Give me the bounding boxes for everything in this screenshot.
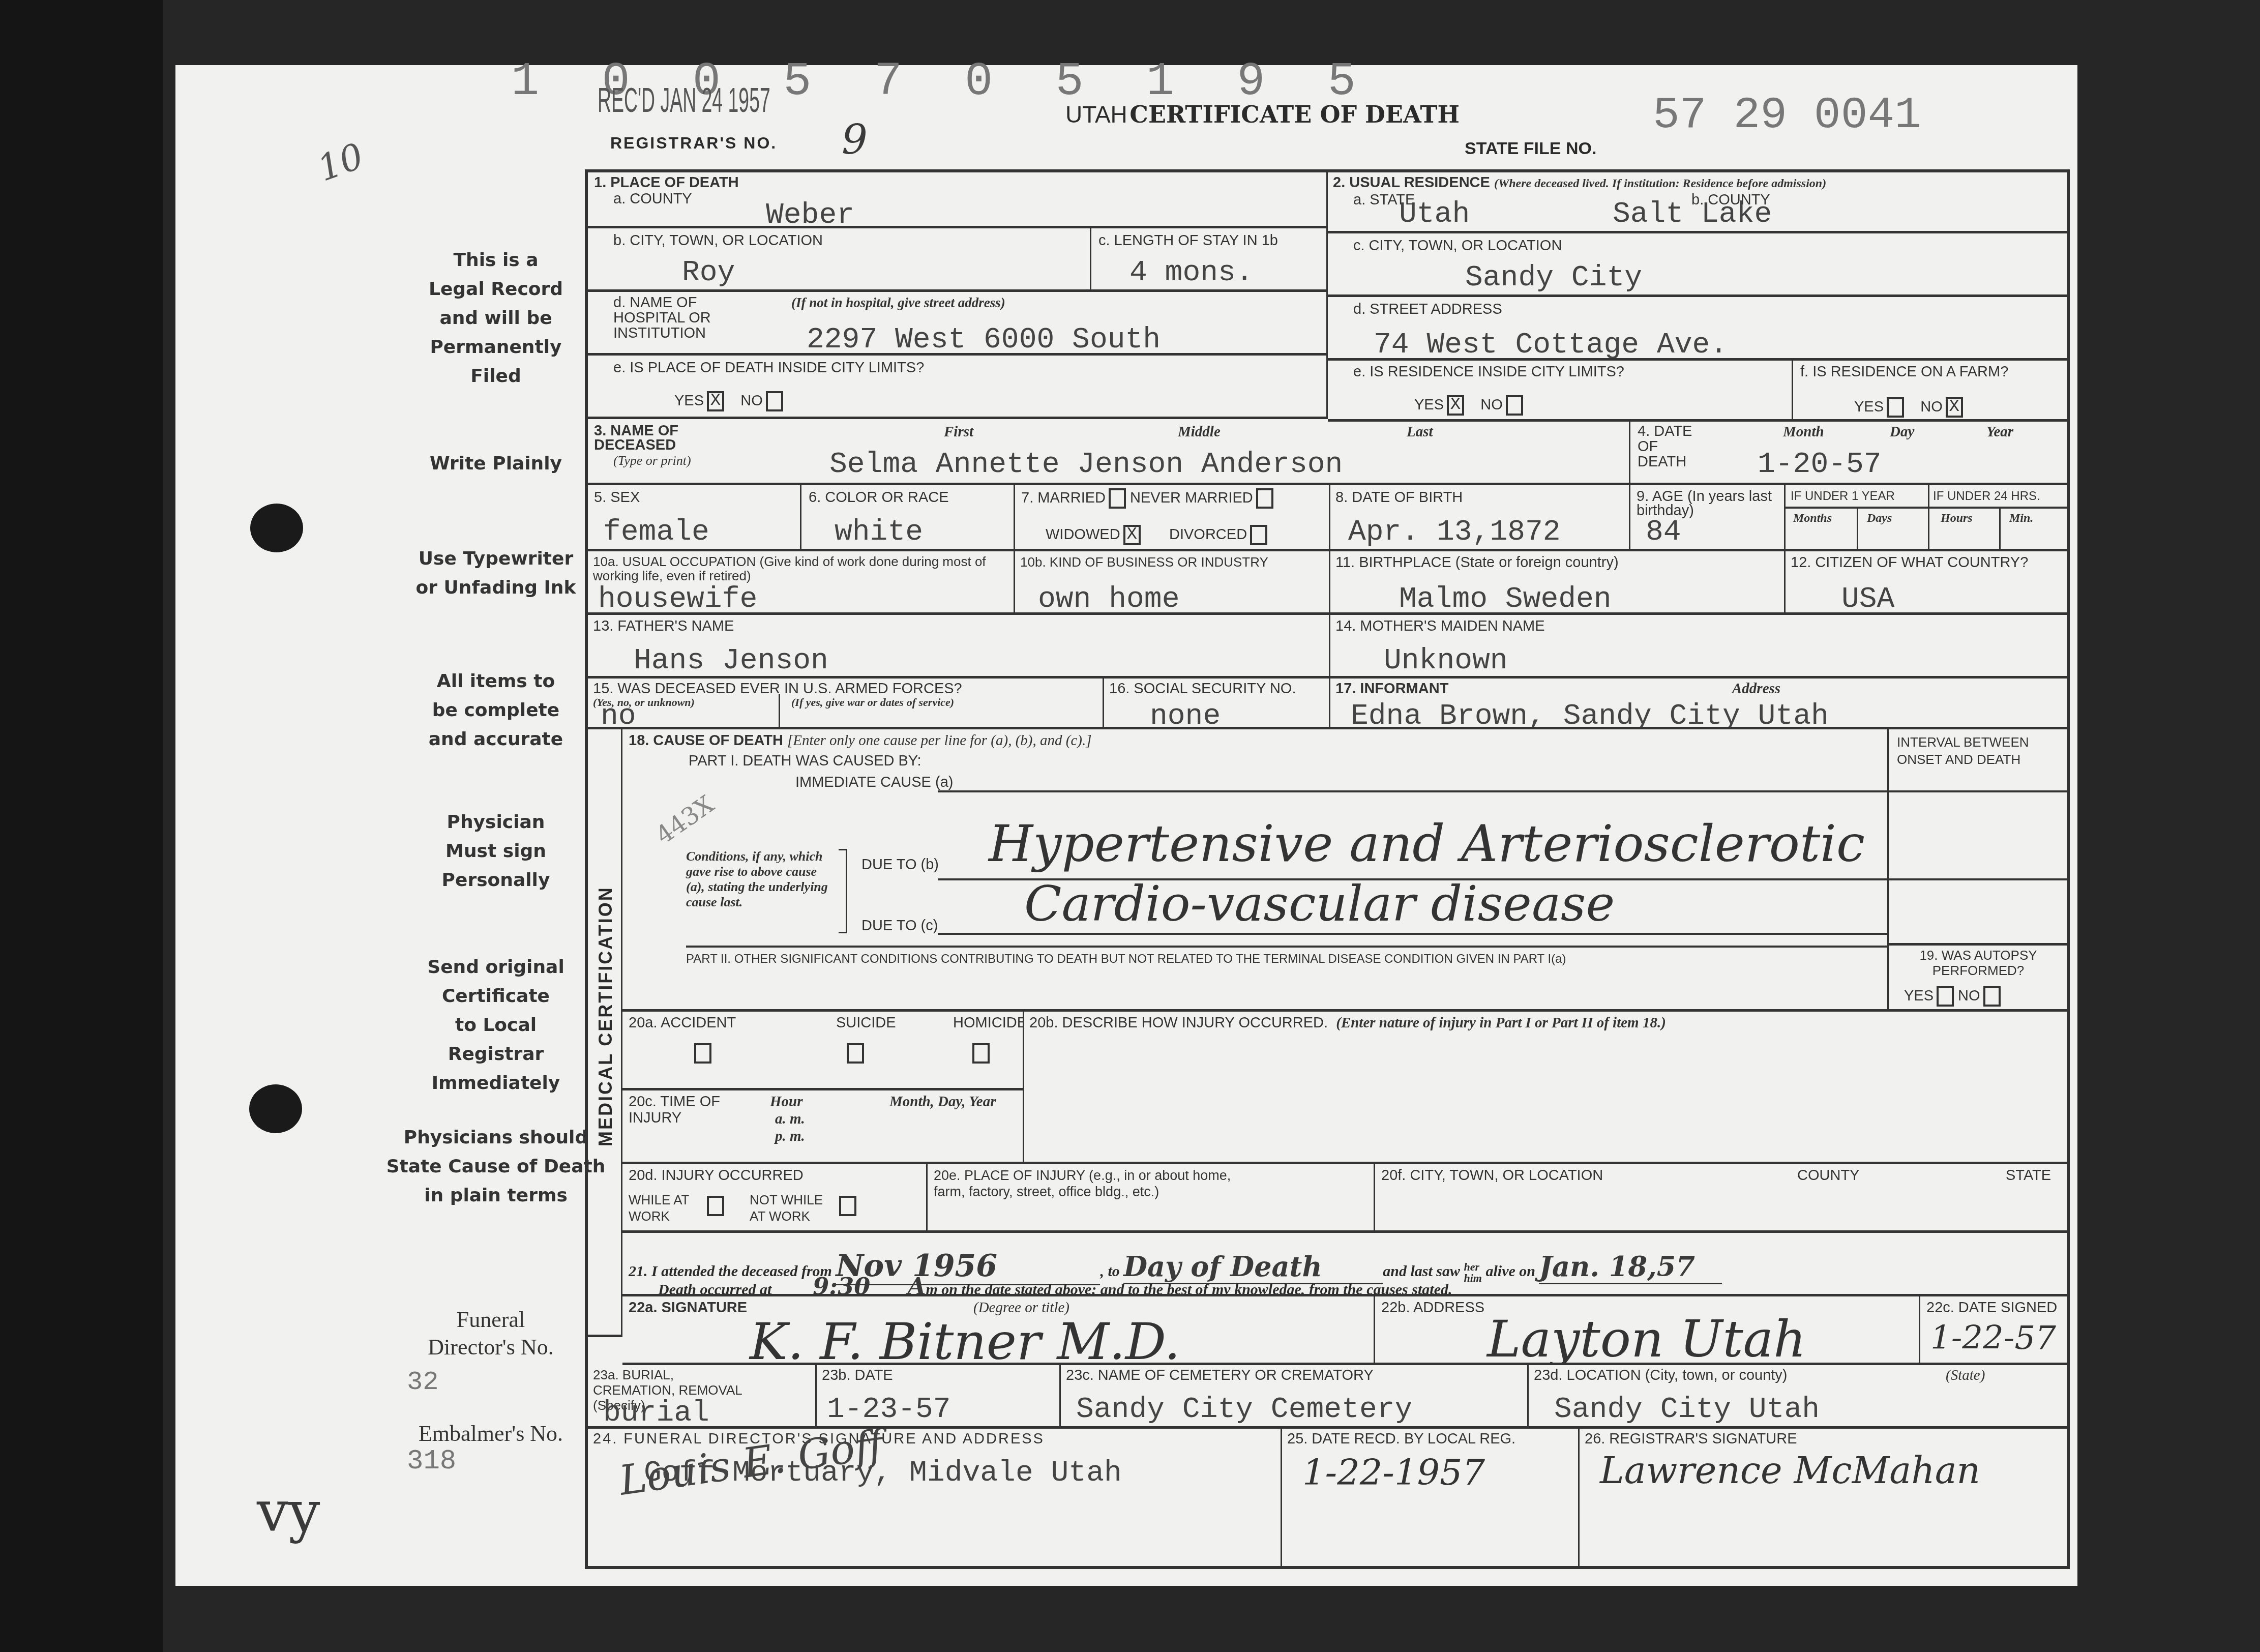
label: 8. DATE OF BIRTH	[1335, 489, 1463, 506]
value-ssn: none	[1150, 700, 1221, 729]
no-label: NO	[1920, 399, 1943, 415]
label: c. LENGTH OF STAY IN 1b	[1098, 232, 1278, 249]
label: 10a. USUAL OCCUPATION (Give kind of work…	[593, 554, 1010, 583]
field-citizenship[interactable]: 12. CITIZEN OF WHAT COUNTRY? USA	[1786, 551, 2068, 615]
label: 9. AGE (In years last birthday)	[1637, 489, 1784, 518]
checkbox-autopsy-yes[interactable]	[1937, 986, 1954, 1007]
embalmer-no-label: Embalmer's No.	[369, 1421, 613, 1447]
label: 15. WAS DECEASED EVER IN U.S. ARMED FORC…	[593, 681, 962, 697]
field-date-signed[interactable]: 22c. DATE SIGNED 1-22-57	[1920, 1296, 2068, 1365]
value-citizenship: USA	[1841, 583, 1894, 615]
death-certificate-form: 1. PLACE OF DEATH a. COUNTY Weber 2. USU…	[585, 169, 2070, 1569]
value-armed-forces: no	[601, 700, 636, 729]
value-date-of-birth: Apr. 13,1872	[1348, 516, 1561, 549]
hint: (If yes, give war or dates of service)	[791, 696, 954, 709]
label: 16. SOCIAL SECURITY NO.	[1109, 681, 1296, 697]
field-place-of-injury[interactable]: 20e. PLACE OF INJURY (e.g., in or about …	[928, 1164, 1375, 1233]
no-label: NO	[740, 393, 763, 409]
label: 7.	[1021, 490, 1033, 506]
label: 1. PLACE OF DEATH	[594, 174, 739, 191]
field-age-under-one[interactable]: IF UNDER 1 YEAR IF UNDER 24 HRS. Months …	[1786, 485, 2068, 551]
label: 13. FATHER'S NAME	[593, 618, 734, 635]
value-date-of-death: 1-20-57	[1758, 448, 1882, 481]
hint: (Enter nature of injury in Part I or Par…	[1336, 1015, 1666, 1031]
label: 18. CAUSE OF DEATH	[629, 732, 783, 749]
hint: [Enter only one cause per line for (a), …	[787, 732, 1091, 749]
yes-label: YES	[1904, 988, 1934, 1004]
col-day: Day	[1890, 424, 1914, 440]
label: 17. INFORMANT	[1335, 681, 1448, 697]
punch-hole	[250, 504, 303, 552]
checkbox-not-while-at-work[interactable]	[839, 1196, 856, 1216]
field-ssn[interactable]: 16. SOCIAL SECURITY NO. none	[1104, 678, 1330, 729]
field-burial-date[interactable]: 23b. DATE 1-23-57	[817, 1365, 1061, 1429]
value-alive-on: Jan. 18,57	[1539, 1250, 1722, 1284]
value-place-city: Roy	[682, 256, 735, 289]
field-residence-inside-city[interactable]: e. IS RESIDENCE INSIDE CITY LIMITS? YESX…	[1328, 361, 1793, 422]
cause-b: Hypertensive and Arteriosclerotic	[989, 818, 1865, 869]
checkbox-homicide[interactable]	[972, 1043, 990, 1064]
cause-c: Cardio-vascular disease	[1024, 879, 1615, 928]
pm-label: p. m.	[775, 1128, 805, 1145]
label: 22c. DATE SIGNED	[1926, 1300, 2057, 1316]
field-occupation[interactable]: 10a. USUAL OCCUPATION (Give kind of work…	[588, 551, 1015, 615]
field-residence-street[interactable]: d. STREET ADDRESS 74 West Cottage Ave.	[1328, 297, 2068, 361]
field-birthplace[interactable]: 11. BIRTHPLACE (State or foreign country…	[1330, 551, 1786, 615]
field-date-of-death[interactable]: 4. DATE OF DEATH Month Day Year 1-20-57	[1630, 422, 2068, 485]
field-interval[interactable]: INTERVAL BETWEEN ONSET AND DEATH	[1889, 729, 2068, 946]
field-length-of-stay[interactable]: c. LENGTH OF STAY IN 1b 4 mons.	[1091, 228, 1328, 292]
checkbox-divorced[interactable]	[1250, 525, 1267, 545]
checkbox-farm-no[interactable]: X	[1946, 397, 1963, 418]
checkbox-married[interactable]	[1109, 488, 1126, 509]
label: 20e. PLACE OF INJURY (e.g., in or about …	[934, 1167, 1264, 1200]
value-date-received: 1-22-1957	[1302, 1452, 1485, 1493]
value-director-address: Goff Mortuary, Midvale Utah	[644, 1457, 1122, 1490]
label: 10b. KIND OF BUSINESS OR INDUSTRY	[1020, 554, 1268, 570]
label: DUE TO (c)	[861, 918, 938, 934]
label: 3. NAME OF DECEASED	[594, 424, 678, 452]
col-address: Address	[1732, 681, 1780, 697]
label: alive on	[1485, 1263, 1535, 1280]
value-age: 84	[1646, 516, 1681, 549]
col-state: STATE	[2006, 1167, 2051, 1184]
field-marital-status[interactable]: 7. MARRIED NEVER MARRIED WIDOWEDX DIVORC…	[1015, 485, 1330, 551]
label: Death occurred at	[658, 1281, 771, 1296]
label: IF UNDER 24 HRS.	[1933, 489, 2040, 504]
label: f. IS RESIDENCE ON A FARM?	[1800, 364, 2008, 380]
label: 19. WAS AUTOPSY PERFORMED?	[1897, 948, 2060, 978]
checkbox-suicide[interactable]	[847, 1043, 864, 1064]
label: 22a. SIGNATURE	[629, 1300, 747, 1316]
field-informant[interactable]: 17. INFORMANT Address Edna Brown, Sandy …	[1330, 678, 2068, 729]
checkbox-residence-inside-no[interactable]	[1506, 395, 1523, 416]
checkbox-farm-yes[interactable]	[1887, 397, 1904, 418]
note-physician-sign: Physician Must sign Personally	[404, 808, 587, 895]
widowed-label: WIDOWED	[1046, 526, 1120, 543]
field-injury-type[interactable]: 20a. ACCIDENT SUICIDE HOMICIDE	[622, 1012, 1024, 1090]
yes-label: YES	[1854, 399, 1884, 415]
field-physician-signature[interactable]: 22a. SIGNATURE (Degree or title) K. F. B…	[622, 1296, 1375, 1365]
label: m on the date stated above; and to the b…	[926, 1281, 1452, 1296]
field-age[interactable]: 9. AGE (In years last birthday) 84	[1630, 485, 1786, 551]
label: 25. DATE RECD. BY LOCAL REG.	[1287, 1431, 1515, 1448]
value-birthplace: Malmo Sweden	[1399, 583, 1612, 615]
received-stamp: REC'D JAN 24 1957	[598, 80, 770, 120]
col-middle: Middle	[1178, 424, 1221, 440]
note-send-original: Send original Certificate to Local Regis…	[394, 953, 598, 1098]
funeral-director-no: 32	[407, 1367, 438, 1397]
field-injury-at-work[interactable]: 20d. INJURY OCCURRED WHILE AT WORK NOT W…	[622, 1164, 928, 1233]
label: 11. BIRTHPLACE (State or foreign country…	[1335, 554, 1619, 571]
col-state: (State)	[1946, 1367, 1985, 1384]
value-death-time: 9:30	[776, 1273, 908, 1296]
embalmer-no: 318	[407, 1446, 456, 1477]
title-main: CERTIFICATE OF DEATH	[1129, 101, 1460, 128]
note-write-plainly: Write Plainly	[394, 449, 598, 478]
field-race[interactable]: 6. COLOR OR RACE white	[801, 485, 1015, 551]
label: 4. DATE OF DEATH	[1638, 424, 1692, 469]
col-first: First	[944, 424, 973, 440]
scanner-background	[0, 0, 163, 1652]
label: a. COUNTY	[613, 191, 692, 208]
col-month-day-year: Month, Day, Year	[889, 1094, 996, 1110]
label: SUICIDE	[836, 1015, 896, 1031]
label: PART I. DEATH WAS CAUSED BY:	[689, 753, 921, 770]
state-file-no-label: STATE FILE NO.	[1465, 139, 1596, 159]
col-min: Min.	[2009, 512, 2033, 525]
label: 23c. NAME OF CEMETERY OR CREMATORY	[1066, 1367, 1374, 1384]
funeral-director-no-label: Funeral Director's No.	[369, 1306, 613, 1361]
value-physician-signature: K. F. Bitner M.D.	[750, 1312, 1180, 1365]
label: 20d. INJURY OCCURRED	[629, 1167, 804, 1184]
value-residence-state: Utah	[1399, 198, 1470, 231]
checkbox-accident[interactable]	[694, 1043, 711, 1064]
label: 20a. ACCIDENT	[629, 1015, 736, 1031]
label: e. IS RESIDENCE INSIDE CITY LIMITS?	[1353, 364, 1624, 380]
col-month: Month	[1783, 424, 1824, 440]
label: 20b. DESCRIBE HOW INJURY OCCURRED.	[1029, 1015, 1328, 1031]
field-cemetery[interactable]: 23c. NAME OF CEMETERY OR CREMATORY Sandy…	[1061, 1365, 1529, 1429]
value-hospital: 2297 West 6000 South	[807, 323, 1161, 356]
label: 20f. CITY, TOWN, OR LOCATION	[1381, 1167, 1603, 1184]
value-race: white	[835, 516, 923, 549]
label: 14. MOTHER'S MAIDEN NAME	[1335, 618, 1545, 635]
col-days: Days	[1867, 512, 1892, 525]
label: b. CITY, TOWN, OR LOCATION	[613, 232, 823, 249]
no-label: NO	[1480, 397, 1503, 413]
note-typewriter: Use Typewriter or Unfading Ink	[384, 544, 608, 602]
label: 26. REGISTRAR'S SIGNATURE	[1585, 1431, 1797, 1448]
value-death-ampm: A	[908, 1273, 926, 1296]
value-burial-date: 1-23-57	[827, 1393, 951, 1426]
col-months: Months	[1793, 512, 1832, 525]
value-sex: female	[603, 516, 709, 549]
label: PART II. OTHER SIGNIFICANT CONDITIONS CO…	[686, 952, 1566, 966]
field-armed-forces[interactable]: 15. WAS DECEASED EVER IN U.S. ARMED FORC…	[588, 678, 1104, 729]
label: 5. SEX	[594, 489, 640, 506]
checkbox-never-married[interactable]	[1256, 488, 1273, 509]
registrars-no: 9	[842, 116, 868, 163]
label: 23d. LOCATION (City, town, or county)	[1534, 1367, 1788, 1384]
note-legal-record: This is a Legal Record and will be Perma…	[404, 246, 587, 391]
label: HOMICIDE	[953, 1015, 1024, 1031]
while-at-work-label: WHILE AT WORK	[629, 1192, 689, 1224]
value-burial-type: burial	[603, 1397, 709, 1429]
field-place-city[interactable]: b. CITY, TOWN, OR LOCATION Roy	[588, 228, 1091, 292]
punch-hole	[249, 1084, 302, 1133]
yes-label: YES	[1414, 397, 1444, 413]
field-father-name[interactable]: 13. FATHER'S NAME Hans Jenson	[588, 615, 1330, 678]
field-funeral-director[interactable]: 24. FUNERAL DIRECTOR'S SIGNATURE AND ADD…	[588, 1429, 1282, 1566]
value-occupation: housewife	[598, 583, 757, 615]
checkbox-residence-inside-yes[interactable]: X	[1447, 395, 1464, 416]
checkbox-autopsy-no[interactable]	[1983, 986, 2001, 1007]
value-date-signed: 1-22-57	[1930, 1319, 2056, 1357]
value-industry: own home	[1038, 583, 1179, 615]
value-physician-address: Layton Utah	[1487, 1309, 1806, 1365]
label: c. CITY, TOWN, OR LOCATION	[1353, 238, 1562, 254]
hint: (Where deceased lived. If institution: R…	[1494, 177, 1826, 190]
value-father-name: Hans Jenson	[634, 644, 828, 677]
field-injury-description[interactable]: 20b. DESCRIBE HOW INJURY OCCURRED. (Ente…	[1024, 1012, 2068, 1164]
checkbox-place-inside-yes[interactable]: X	[707, 391, 724, 411]
col-year: Year	[1986, 424, 2013, 440]
attendance-line2: Death occurred at 9:30Am on the date sta…	[658, 1273, 1452, 1296]
corner-mark: 10	[312, 135, 369, 190]
label: 6. COLOR OR RACE	[809, 489, 949, 506]
field-place-inside-city[interactable]: e. IS PLACE OF DEATH INSIDE CITY LIMITS?…	[588, 356, 1328, 419]
field-residence-farm[interactable]: f. IS RESIDENCE ON A FARM? YES NOX	[1793, 361, 2068, 422]
field-physician-address[interactable]: 22b. ADDRESS Layton Utah	[1375, 1296, 1920, 1365]
checkbox-while-at-work[interactable]	[707, 1196, 724, 1216]
married-label: MARRIED	[1037, 490, 1106, 506]
label: INTERVAL BETWEEN ONSET AND DEATH	[1897, 733, 2065, 768]
vertical-label: MEDICAL CERTIFICATION	[595, 886, 616, 1146]
col-hour: Hour	[770, 1094, 802, 1110]
value-cemetery: Sandy City Cemetery	[1076, 1393, 1412, 1426]
field-date-received[interactable]: 25. DATE RECD. BY LOCAL REG. 1-22-1957	[1282, 1429, 1580, 1566]
label: 12. CITIZEN OF WHAT COUNTRY?	[1791, 554, 2028, 571]
value-informant: Edna Brown, Sandy City Utah	[1351, 700, 1829, 729]
value-registrar-signature: Lawrence McMahan	[1600, 1449, 1980, 1492]
divorced-label: DIVORCED	[1169, 526, 1247, 543]
field-hospital[interactable]: d. NAME OF HOSPITAL OR INSTITUTION (If n…	[588, 292, 1328, 356]
label: 20c. TIME OF INJURY	[629, 1094, 720, 1126]
label: DUE TO (b)	[861, 857, 939, 873]
label: d. NAME OF HOSPITAL OR INSTITUTION	[613, 295, 711, 341]
note-items-complete: All items to be complete and accurate	[394, 667, 598, 754]
not-while-at-work-label: NOT WHILE AT WORK	[750, 1192, 823, 1224]
label: 22b. ADDRESS	[1381, 1300, 1484, 1316]
field-registrar-signature[interactable]: 26. REGISTRAR'S SIGNATURE Lawrence McMah…	[1580, 1429, 2068, 1566]
her-him-label: her him	[1464, 1261, 1482, 1284]
value-mother-name: Unknown	[1384, 644, 1508, 677]
label: 2. USUAL RESIDENCE	[1333, 174, 1490, 191]
initials-mark: vy	[257, 1479, 320, 1544]
medical-certification-band: MEDICAL CERTIFICATION	[588, 729, 622, 1337]
label: IF UNDER 1 YEAR	[1791, 489, 1895, 504]
checkbox-place-inside-no[interactable]	[766, 391, 783, 411]
page-title: UTAH CERTIFICATE OF DEATH	[1065, 101, 1460, 128]
value-length-of-stay: 4 mons.	[1129, 256, 1254, 289]
value-residence-city: Sandy City	[1465, 261, 1642, 294]
field-sex[interactable]: 5. SEX female	[588, 485, 801, 551]
field-time-of-injury[interactable]: 20c. TIME OF INJURY Hour a. m. p. m. Mon…	[622, 1090, 1024, 1164]
yes-label: YES	[674, 393, 704, 409]
field-autopsy[interactable]: 19. WAS AUTOPSY PERFORMED? YES NO	[1889, 946, 2068, 1012]
label: d. STREET ADDRESS	[1353, 301, 1502, 318]
field-burial-location[interactable]: 23d. LOCATION (City, town, or county) (S…	[1529, 1365, 2068, 1429]
hint: Conditions, if any, which gave rise to a…	[686, 849, 834, 910]
col-hours: Hours	[1941, 512, 1973, 525]
field-residence-city[interactable]: c. CITY, TOWN, OR LOCATION Sandy City	[1328, 233, 2068, 297]
field-mother-name[interactable]: 14. MOTHER'S MAIDEN NAME Unknown	[1330, 615, 2068, 678]
field-place-county[interactable]: 1. PLACE OF DEATH a. COUNTY Weber	[588, 172, 1328, 228]
no-label: NO	[1958, 988, 1980, 1004]
field-deceased-name[interactable]: 3. NAME OF DECEASED (Type or print) Firs…	[588, 422, 1630, 485]
hint: (Type or print)	[613, 453, 691, 468]
code-mark: 443X	[650, 790, 719, 850]
col-last: Last	[1407, 424, 1433, 440]
field-injury-city[interactable]: 20f. CITY, TOWN, OR LOCATION COUNTY STAT…	[1375, 1164, 2068, 1233]
field-residence-state-county[interactable]: 2. USUAL RESIDENCE (Where deceased lived…	[1328, 172, 2068, 233]
value-burial-location: Sandy City Utah	[1554, 1393, 1820, 1426]
value-place-county: Weber	[766, 199, 854, 228]
checkbox-widowed[interactable]: X	[1123, 525, 1141, 545]
field-date-of-birth[interactable]: 8. DATE OF BIRTH Apr. 13,1872	[1330, 485, 1630, 551]
am-label: a. m.	[775, 1111, 805, 1128]
hint: (If not in hospital, give street address…	[791, 295, 1005, 311]
title-utah: UTAH	[1065, 101, 1127, 128]
col-county: COUNTY	[1797, 1167, 1859, 1184]
never-married-label: NEVER MARRIED	[1130, 490, 1253, 506]
label: IMMEDIATE CAUSE (a)	[795, 774, 953, 791]
field-industry[interactable]: 10b. KIND OF BUSINESS OR INDUSTRY own ho…	[1015, 551, 1330, 615]
label: 23b. DATE	[822, 1367, 893, 1384]
state-file-no: 57 29 0041	[1653, 91, 1921, 141]
value-residence-street: 74 West Cottage Ave.	[1374, 329, 1728, 361]
field-burial-type[interactable]: 23a. BURIAL, CREMATION, REMOVAL (Specify…	[588, 1365, 817, 1429]
registrars-no-label: REGISTRAR'S NO.	[610, 134, 777, 153]
value-deceased-name: Selma Annette Jenson Anderson	[829, 448, 1343, 481]
label: e. IS PLACE OF DEATH INSIDE CITY LIMITS?	[613, 360, 924, 376]
field-attendance[interactable]: 21. I attended the deceased from Nov 195…	[622, 1233, 2068, 1296]
value-residence-county: Salt Lake	[1613, 198, 1772, 231]
field-cause-of-death[interactable]: 18. CAUSE OF DEATH [Enter only one cause…	[622, 729, 1889, 1012]
